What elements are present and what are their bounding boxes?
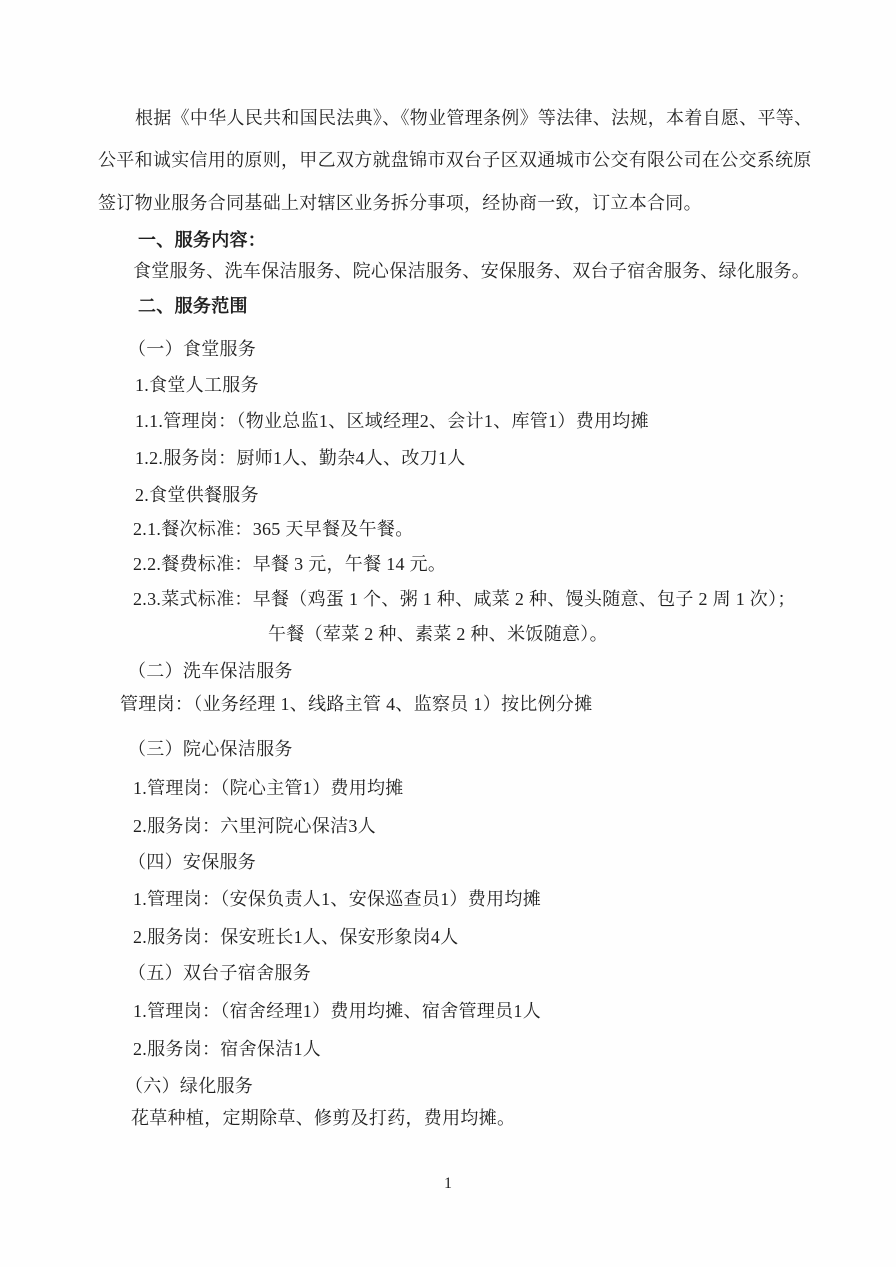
section2-title-carwash-cleaning: （二）洗车保洁服务 [128,661,293,681]
section1-item-management-posts: 1.1.管理岗：（物业总监1、区域经理2、会计1、库管1）费用均摊 [135,411,649,431]
section1-item-meal-fee-standard: 2.2.餐费标准：早餐 3 元，午餐 14 元。 [133,554,446,574]
heading-service-content: 一、服务内容： [138,230,266,250]
document-page: 根据《中华人民共和国民法典》、《物业管理条例》等法律、法规，本着自愿、平等、 公… [0,0,896,1267]
section5-title-dormitory-service: （五）双台子宿舍服务 [128,963,311,983]
intro-paragraph-line-3: 签订物业服务合同基础上对辖区业务拆分事项，经协商一致，订立本合同。 [98,193,702,213]
intro-paragraph-line-2: 公平和诚实信用的原则，甲乙双方就盘锦市双台子区双通城市公交有限公司在公交系统原 [98,150,812,170]
section1-item-menu-standard-lunch: 午餐（荤菜 2 种、素菜 2 种、米饭随意）。 [268,624,608,644]
section4-item-management-posts: 1.管理岗：（安保负责人1、安保巡查员1）费用均摊 [133,889,541,909]
section6-description-line: 花草种植，定期除草、修剪及打药，费用均摊。 [131,1108,515,1128]
section1-item-canteen-labor: 1.食堂人工服务 [135,375,259,395]
section1-item-meal-times-standard: 2.1.餐次标准：365 天早餐及午餐。 [133,519,414,539]
section5-item-management-posts: 1.管理岗：（宿舍经理1）费用均摊、宿舍管理员1人 [133,1001,541,1021]
service-content-list-line: 食堂服务、洗车保洁服务、院心保洁服务、安保服务、双台子宿舍服务、绿化服务。 [133,261,810,281]
section4-item-service-posts: 2.服务岗：保安班长1人、保安形象岗4人 [133,927,459,947]
section1-item-menu-standard-breakfast: 2.3.菜式标准：早餐（鸡蛋 1 个、粥 1 种、咸菜 2 种、馒头随意、包子 … [133,589,796,609]
section5-item-service-posts: 2.服务岗：宿舍保洁1人 [133,1039,321,1059]
section3-title-yard-cleaning: （三）院心保洁服务 [128,739,293,759]
section6-title-greening-service: （六）绿化服务 [125,1076,253,1096]
intro-paragraph-line-1: 根据《中华人民共和国民法典》、《物业管理条例》等法律、法规，本着自愿、平等、 [135,108,812,128]
section2-management-posts-line: 管理岗：（业务经理 1、线路主管 4、监察员 1）按比例分摊 [120,694,593,714]
section3-item-management-posts: 1.管理岗：（院心主管1）费用均摊 [133,778,404,798]
section4-title-security-service: （四）安保服务 [128,852,256,872]
section1-item-meal-supply: 2.食堂供餐服务 [135,485,259,505]
page-number: 1 [0,1174,896,1194]
section1-item-service-posts: 1.2.服务岗：厨师1人、勤杂4人、改刀1人 [135,448,466,468]
section1-title-canteen-service: （一）食堂服务 [128,339,256,359]
heading-service-scope: 二、服务范围 [138,296,248,316]
section3-item-service-posts: 2.服务岗：六里河院心保洁3人 [133,816,376,836]
